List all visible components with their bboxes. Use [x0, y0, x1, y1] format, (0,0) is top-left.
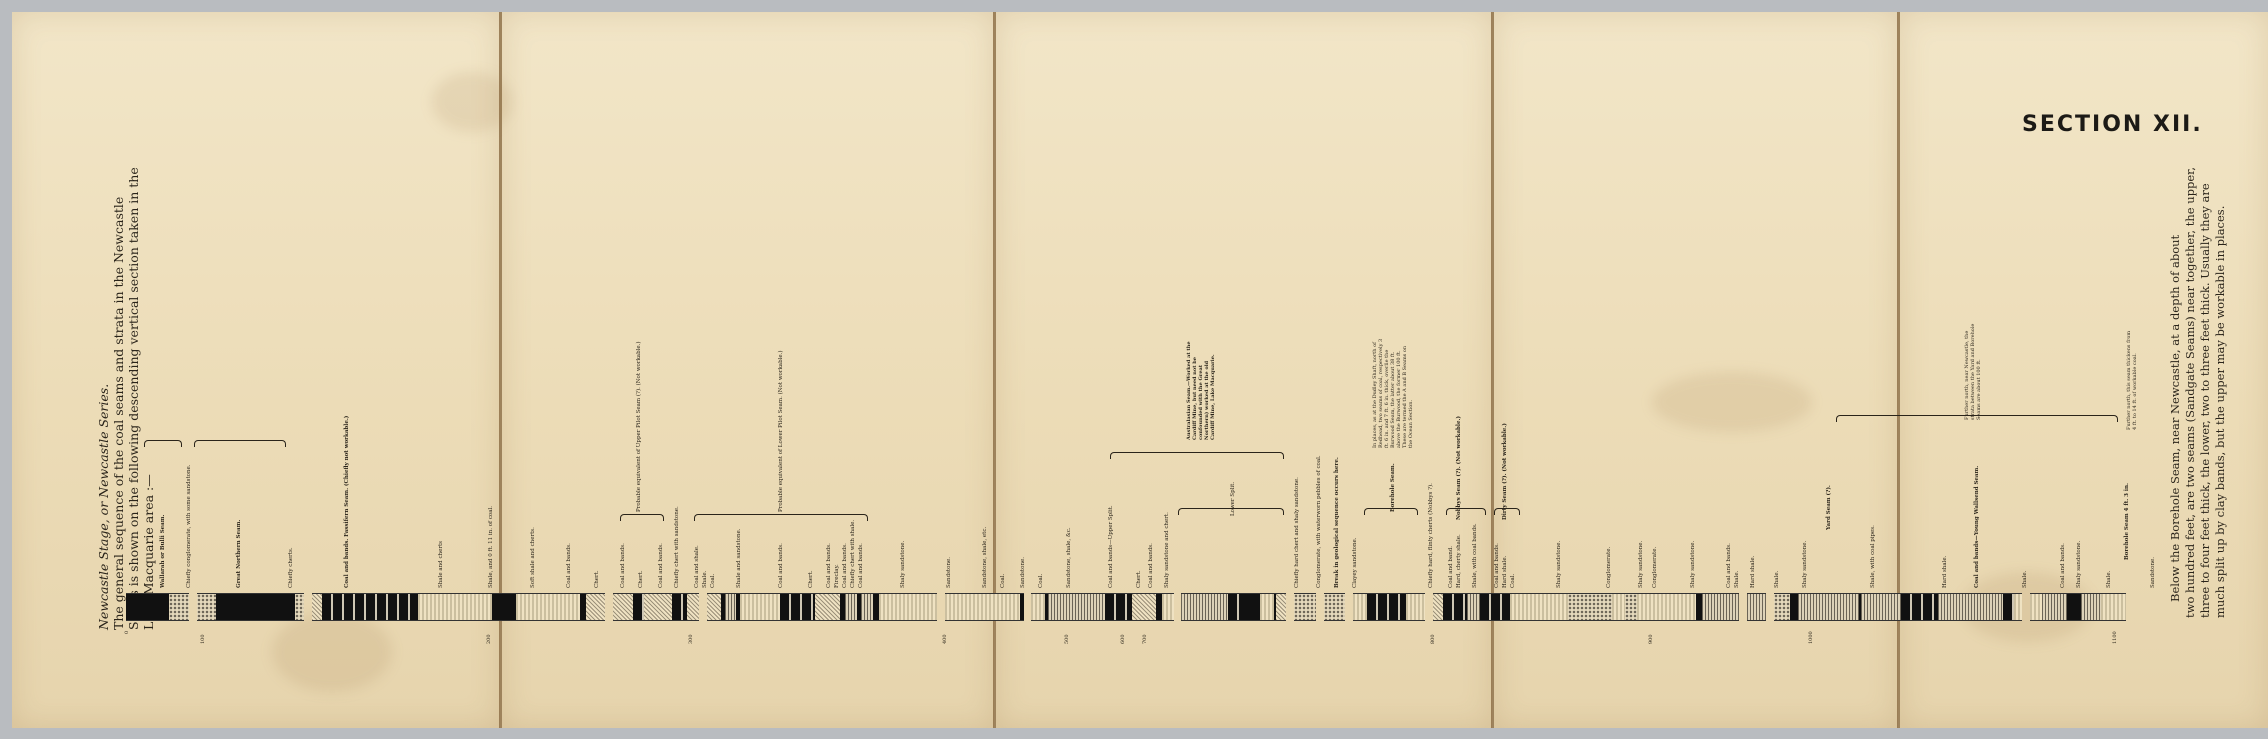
seam-label: Chert. — [638, 570, 645, 588]
seam-label: Coal. — [710, 574, 717, 588]
seam-label: Shale and sandstone. — [736, 529, 743, 589]
layer-burwood-seam — [1367, 593, 1406, 621]
seam-label: Coal and bands. — [826, 543, 833, 588]
seam-label: Conglomerate. — [1606, 547, 1613, 588]
layer-break — [699, 593, 707, 621]
depth-tick: 1000 — [1808, 631, 1814, 644]
seam-label: Shale and cherts — [438, 541, 445, 588]
seam-label: Dirty Seam (?). (Not workable.) — [1502, 423, 1509, 520]
section-title: SECTION XII. — [2022, 112, 2203, 137]
layer-coal-bands — [780, 593, 815, 621]
depth-tick: 0 — [124, 631, 130, 634]
seam-label: Conglomerate. — [1652, 547, 1659, 588]
seam-label: Borehole Seam. — [1390, 463, 1397, 512]
seam-label: Yard Seam (?). — [1826, 485, 1833, 530]
layer-chert — [613, 593, 633, 621]
layer-shale — [2042, 593, 2067, 621]
depth-tick: 400 — [942, 634, 948, 644]
outro-text: Below the Borehole Seam, near Newcastle,… — [2168, 167, 2228, 618]
seam-label: Shaly sandstone. — [1802, 541, 1809, 588]
layer-break — [1174, 593, 1182, 621]
depth-tick: 300 — [688, 634, 694, 644]
seam-label: Shaly sandstone and chert. — [1164, 512, 1171, 588]
layer-sandstone-shale — [1048, 593, 1105, 621]
layer-coal — [492, 593, 517, 621]
intro-text: Newcastle Stage, or Newcastle Series. Th… — [96, 167, 156, 630]
layer-conglomerate — [197, 593, 217, 621]
depth-tick: 100 — [200, 634, 206, 644]
brace — [1494, 508, 1520, 515]
seam-label: Shale, and 0 ft. 11 in. of coal. — [488, 506, 495, 588]
seam-label: Coal. — [1510, 574, 1517, 588]
brace — [1836, 415, 2118, 422]
seam-label: Chert. — [1136, 570, 1143, 588]
layer-conglomerate — [1568, 593, 1611, 621]
layer-shale-cherts — [516, 593, 580, 621]
layer-break — [1766, 593, 1774, 621]
layer-clay-sandstone — [1260, 593, 1274, 621]
layer-sandstone — [1031, 593, 1045, 621]
seam-label: Sandstone, shale, &c. — [1066, 527, 1073, 588]
layer-chert — [707, 593, 721, 621]
seam-label: Coal. — [1000, 574, 1007, 588]
seam-label: Probable equivalent of Lower Pilot Seam.… — [778, 350, 785, 512]
layer-cherts — [1406, 593, 1426, 621]
layer-shale-cherts — [418, 593, 492, 621]
layer-chert — [1276, 593, 1286, 621]
seam-label: Coal and bands. — [1148, 543, 1155, 588]
layer-break — [937, 593, 945, 621]
layer-yard-seam — [1790, 593, 1798, 621]
seam-label: Chiefly cherts. — [288, 547, 295, 588]
seam-label: Chiefly chert with shale. — [850, 520, 857, 588]
depth-tick: 700 — [1142, 634, 1148, 644]
brace — [1178, 508, 1284, 515]
outro-line: Below the Borehole Seam, near Newcastle,… — [2168, 167, 2183, 618]
seam-label: Shaly sandstone. — [2076, 541, 2083, 588]
seam-label: Hard shale. — [1942, 556, 1949, 588]
layer-shale-sandstone — [740, 593, 779, 621]
seam-label: Shale, with coal bands. — [1472, 523, 1479, 588]
seam-label: Shale. — [1774, 571, 1781, 588]
seam-label: Chert. — [808, 570, 815, 588]
burwood-note: In places, as at the Dudley Shaft, north… — [1372, 338, 1414, 448]
seam-label: Shaly sandstone. — [1638, 541, 1645, 588]
layer-conglomerate — [169, 593, 189, 621]
layer-chert — [815, 593, 840, 621]
stain — [432, 72, 512, 132]
layer-nobbys-seam — [1443, 593, 1467, 621]
seam-label: Coal and bands—Young Wallsend Seam. — [1974, 466, 1981, 588]
layer-break — [189, 593, 197, 621]
seam-label: Great Northern Seam. — [236, 520, 243, 588]
layer-coal-bands — [672, 593, 688, 621]
layer-chert — [1433, 593, 1443, 621]
seam-label: Sandstone. — [1020, 557, 1027, 588]
layer-shaly-sandstone — [1774, 593, 1790, 621]
seam-label: Break in geological sequence occurs here… — [1334, 457, 1341, 588]
layer-borehole-seam — [2067, 593, 2081, 621]
brace — [1110, 452, 1284, 459]
seam-label: Clayey sandstone. — [1352, 537, 1359, 588]
layer-coal — [1246, 593, 1260, 621]
layer-coal-bands — [1228, 593, 1246, 621]
layer-chert — [687, 593, 699, 621]
outro-line: three to four feet thick, the lower, two… — [2198, 167, 2213, 618]
layer-shaly-sandstone — [1637, 593, 1696, 621]
seam-label: Chiefly hard, flinty cherts (Nobbys ?). — [1428, 483, 1435, 588]
depth-tick: 800 — [1430, 634, 1436, 644]
layer-coal — [126, 593, 169, 621]
seam-label: Chert. — [594, 570, 601, 588]
layer-lower-split — [1181, 593, 1228, 621]
depth-tick: 600 — [1120, 634, 1126, 644]
layer-coal-bands — [322, 593, 418, 621]
layer-shale — [1467, 593, 1481, 621]
layer-young-wallsend-seam — [1901, 593, 1938, 621]
seam-label: Coal and shale. — [694, 545, 701, 588]
layer-fireclay — [845, 593, 857, 621]
layer-sandstone — [2101, 593, 2126, 621]
layer-break — [1739, 593, 1747, 621]
layer-break — [1024, 593, 1032, 621]
seam-label: Coal and bands. — [778, 543, 785, 588]
layer-chert — [586, 593, 606, 621]
outro-line: two hundred feet, are two seams (Sandgat… — [2183, 167, 2198, 618]
intro-line: The general sequence of the coal seams a… — [111, 167, 126, 630]
seam-note: Australasian Seam.—Worked at the Cardiff… — [1186, 340, 1216, 440]
layer-shale — [1938, 593, 2003, 621]
depth-tick: 1100 — [2112, 631, 2118, 644]
seam-label: Shale. — [1734, 571, 1741, 588]
layer-sandstone — [945, 593, 1019, 621]
seam-label: Coal and bands. Fassifern Seam. (Chiefly… — [344, 416, 351, 588]
layer-break — [1345, 593, 1353, 621]
layer-break — [2022, 593, 2030, 621]
seam-label: Nobbys Seam (?). (Not workable.) — [1456, 416, 1463, 520]
layer-shale — [1702, 593, 1739, 621]
layer-shaly-sandstone — [1510, 593, 1569, 621]
brace — [694, 514, 868, 521]
layer-shaly-sandstone — [2014, 593, 2022, 621]
outro-line: much split up by clay bands, but the upp… — [2213, 167, 2228, 618]
layer-shale — [1861, 593, 1900, 621]
brace — [1364, 508, 1418, 515]
layer-break — [605, 593, 613, 621]
seam-label: Fireclay. — [834, 564, 841, 588]
seam-label: Wallarah or Bulli Seam. — [160, 515, 167, 588]
layer-chert-shale — [861, 593, 873, 621]
seam-label: Chiefly conglomerate, with some sandston… — [186, 464, 193, 588]
layer-dirty-seam — [1480, 593, 1509, 621]
seam-label: Hard shale. — [1502, 556, 1509, 588]
seam-label: Coal and bands. — [1494, 543, 1501, 588]
seam-label: Hard, cherty shale. — [1456, 534, 1463, 588]
layer-coal-bands-upper-split — [1105, 593, 1132, 621]
layer-coal-bands — [2003, 593, 2015, 621]
yard-note: Further north, near Newcastle, the strat… — [1964, 320, 1982, 420]
layer-chert — [644, 593, 671, 621]
stratigraphic-column — [126, 593, 2126, 621]
seam-label: Coal and bands. — [566, 543, 573, 588]
seam-label: Chiefly hard chert and shaly sandstone. — [1294, 477, 1301, 588]
layer-coal — [216, 593, 294, 621]
layer-break — [1316, 593, 1324, 621]
seam-label: Sandstone. — [2150, 557, 2157, 588]
layer-shale-coal-pipes — [1798, 593, 1859, 621]
layer-break — [304, 593, 312, 621]
seam-label: Soft shale and cherts. — [530, 527, 537, 588]
seam-label: Sandstone. — [946, 557, 953, 588]
seam-label: Borehole Seam 4 ft. 3 in. — [2124, 483, 2131, 560]
borehole-note: Further north, this seam thickens from 4… — [2126, 330, 2138, 430]
brace — [1446, 508, 1486, 515]
layer-shaly-sandstone — [1162, 593, 1174, 621]
layer-conglomerate — [295, 593, 305, 621]
layer-shale — [725, 593, 737, 621]
seam-label: Coal and band. — [1448, 546, 1455, 588]
seam-label: Coal and bands. — [620, 543, 627, 588]
seam-label: Coal and bands. — [658, 543, 665, 588]
layer-shale — [2081, 593, 2101, 621]
seam-label: Shale. — [2106, 571, 2113, 588]
layer-chert — [1132, 593, 1156, 621]
layer-shale — [1747, 593, 1767, 621]
brace — [620, 514, 664, 521]
layer-chert — [312, 593, 322, 621]
seam-label: Coal and bands. — [858, 543, 865, 588]
seam-label: Shaly sandstone. — [1690, 541, 1697, 588]
depth-tick: 200 — [486, 634, 492, 644]
layer-break — [1425, 593, 1433, 621]
stain — [272, 612, 392, 692]
seam-label: Chiefly chert with sandstone. — [674, 506, 681, 588]
intro-line: Series is shown on the following descend… — [126, 167, 141, 630]
seam-label: Shaly sandstone. — [900, 541, 907, 588]
seam-label: Shale. — [702, 571, 709, 588]
layer-conglomerate — [1625, 593, 1637, 621]
seam-label: Sandstone, shale, etc. — [982, 527, 989, 588]
seam-label: Coal. — [1038, 574, 1045, 588]
layer-coal-bands — [633, 593, 645, 621]
seam-label: Probable equivalent of Upper Pilot Seam … — [636, 341, 643, 512]
layer-conglomerate — [1324, 593, 1346, 621]
seam-label: Hard shale. — [1750, 556, 1757, 588]
intro-heading: Newcastle Stage, or Newcastle Series. — [96, 167, 111, 630]
seam-label: Conglomerate, with waterworn pebbles of … — [1316, 455, 1323, 588]
seam-label: Coal and bands—Upper Split. — [1108, 505, 1115, 588]
depth-tick: 900 — [1648, 634, 1654, 644]
layer-shale — [2030, 593, 2042, 621]
seam-label: Coal and bands. — [2060, 543, 2067, 588]
depth-tick: 500 — [1064, 634, 1070, 644]
stain — [1652, 372, 1812, 432]
layer-conglomerate — [1294, 593, 1316, 621]
layer-shaly-sandstone — [1612, 593, 1626, 621]
seam-label: Shaly sandstone. — [1556, 541, 1563, 588]
layer-shaly-sandstone — [879, 593, 938, 621]
layer-break — [1286, 593, 1294, 621]
layer-clayey-sandstone — [1353, 593, 1367, 621]
seam-label: Shale. — [2022, 571, 2029, 588]
brace — [194, 440, 286, 447]
seam-label: Shale, with coal pipes. — [1870, 525, 1877, 588]
brace — [144, 440, 182, 447]
intro-line: Lake Macquarie area :— — [141, 167, 156, 630]
seam-label: Coal and bands. — [1726, 543, 1733, 588]
seam-label: Coal and bands. — [842, 543, 849, 588]
